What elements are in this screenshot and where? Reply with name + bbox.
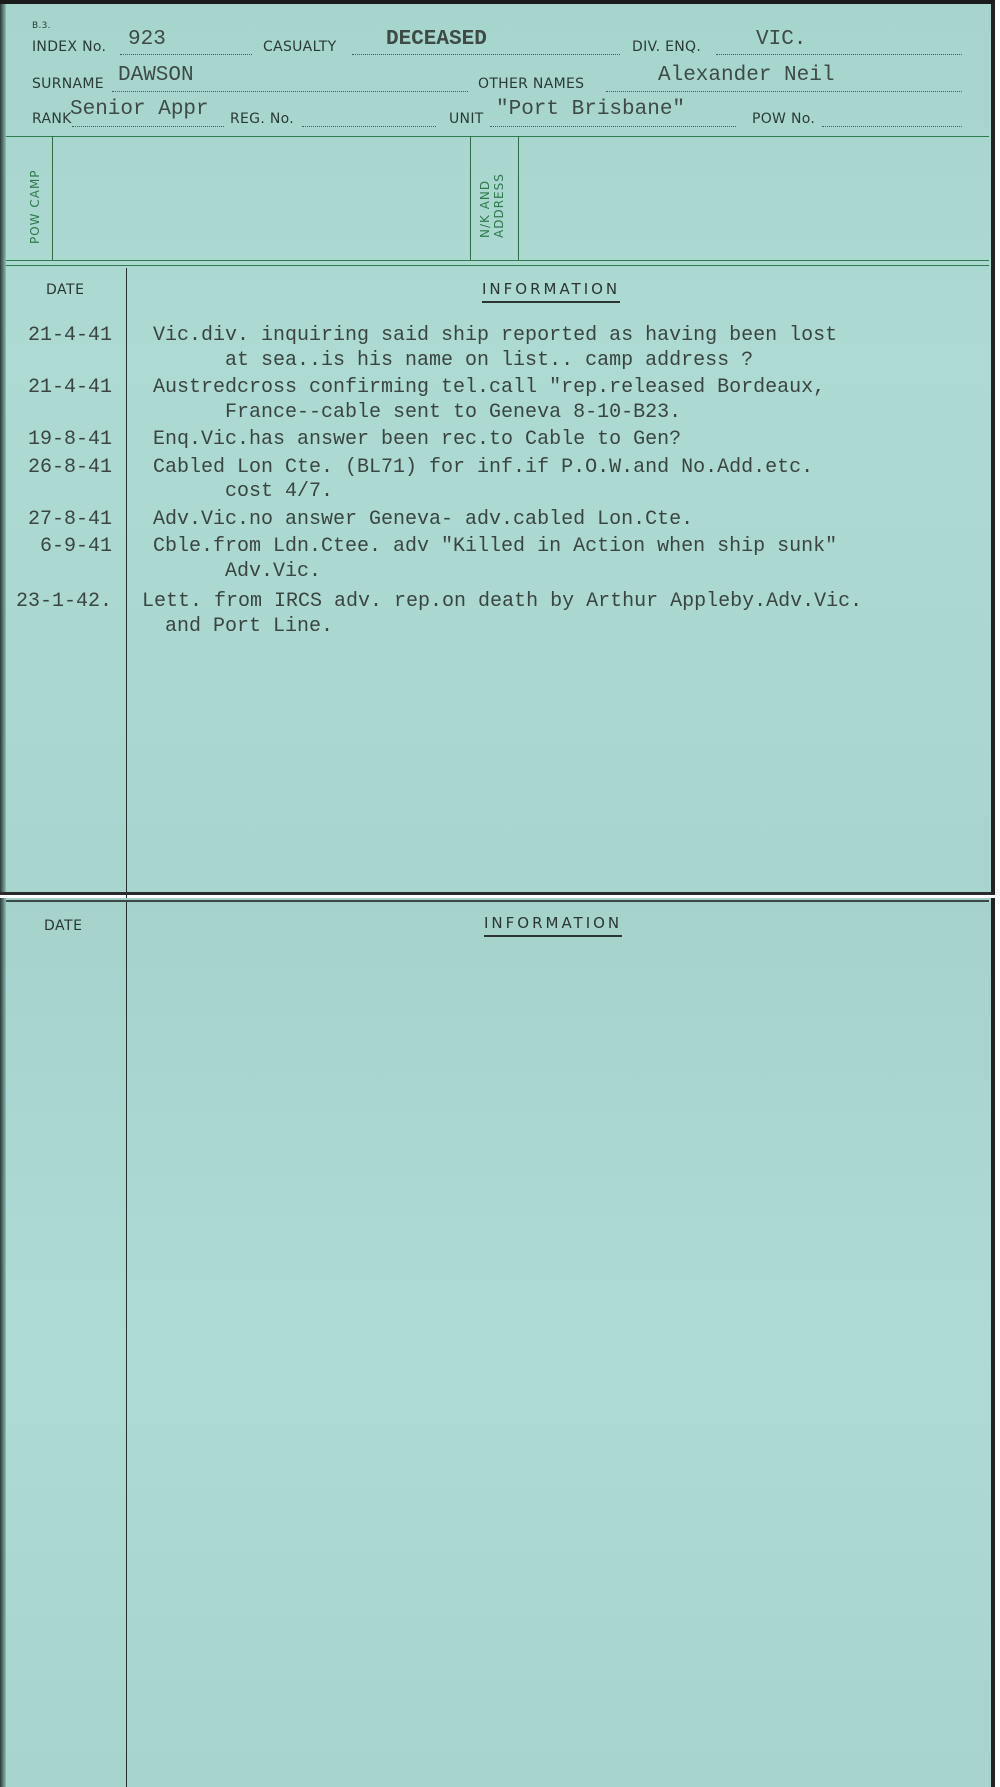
casualty-label: CASUALTY (263, 39, 336, 55)
entry-text: Adv.Vic.no answer Geneva- adv.cabled Lon… (153, 508, 693, 532)
index-card-front: B.3. INDEX No. 923 CASUALTY DECEASED DIV… (0, 0, 995, 895)
rule-double-2 (6, 265, 989, 266)
pow-no-label: POW No. (752, 111, 815, 127)
entry-date: 6-9-41 (0, 535, 112, 558)
other-names-label: OTHER NAMES (478, 76, 584, 92)
divider-nk-right (518, 136, 519, 260)
index-value: 923 (128, 28, 166, 51)
card-edge (0, 898, 6, 1787)
entry-text: Vic.div. inquiring said ship reported as… (153, 324, 837, 348)
entry-date: 21-4-41 (0, 376, 112, 399)
divider-nk-left (470, 136, 471, 260)
unit-line (490, 126, 736, 127)
entry-date: 21-4-41 (0, 324, 112, 347)
nk-label-line2: ADDRESS (492, 173, 506, 238)
rank-line (72, 126, 224, 127)
rank-label: RANK (32, 111, 72, 127)
rank-value: Senior Appr (70, 98, 209, 121)
back-date-column-divider (126, 902, 127, 1787)
entry-text: Lett. from IRCS adv. rep.on death by Art… (142, 590, 862, 614)
other-names-value: Alexander Neil (658, 64, 834, 87)
back-information-header: INFORMATION (484, 914, 622, 937)
rule-double-1 (6, 260, 989, 261)
entry-text: Enq.Vic.has answer been rec.to Cable to … (153, 428, 681, 452)
reg-no-label: REG. No. (230, 111, 294, 127)
unit-value: "Port Brisbane" (496, 98, 685, 121)
entry-text: Cabled Lon Cte. (BL71) for inf.if P.O.W.… (153, 456, 813, 480)
entry-date: 27-8-41 (0, 508, 112, 531)
surname-label: SURNAME (32, 76, 104, 92)
surname-line (112, 91, 468, 92)
date-header: DATE (46, 282, 84, 298)
reg-no-line (302, 126, 436, 127)
nk-address-label: N/K AND ADDRESS (478, 173, 506, 238)
div-enq-line (716, 54, 962, 55)
nk-label-line1: N/K AND (478, 173, 492, 238)
entry-date: 19-8-41 (0, 428, 112, 451)
unit-label: UNIT (449, 111, 484, 127)
index-line (120, 54, 252, 55)
entry-text: cost 4/7. (153, 480, 333, 504)
back-date-header: DATE (44, 918, 82, 934)
entry-text: at sea..is his name on list.. camp addre… (153, 349, 753, 373)
entry-text: Austredcross confirming tel.call "rep.re… (153, 376, 825, 400)
form-code: B.3. (32, 21, 51, 31)
div-enq-label: DIV. ENQ. (632, 39, 701, 55)
entry-date: 26-8-41 (0, 456, 112, 479)
information-header: INFORMATION (482, 280, 620, 303)
div-enq-value: VIC. (756, 28, 806, 51)
entry-date: 23-1-42. (0, 590, 112, 613)
surname-value: DAWSON (118, 64, 194, 87)
casualty-value: DECEASED (386, 28, 487, 51)
divider-pow-camp (52, 136, 53, 260)
date-column-divider (126, 268, 127, 898)
casualty-line (352, 54, 620, 55)
entry-text: Adv.Vic. (153, 560, 321, 584)
pow-camp-label: POW CAMP (28, 169, 42, 244)
entry-text: Cble.from Ldn.Ctee. adv "Killed in Actio… (153, 535, 837, 559)
entry-text: and Port Line. (153, 615, 333, 639)
back-top-rule (6, 900, 989, 902)
other-names-line (606, 91, 962, 92)
index-label: INDEX No. (32, 39, 106, 55)
index-card-back: DATE INFORMATION (0, 898, 995, 1787)
entry-text: France--cable sent to Geneva 8-10-B23. (153, 401, 681, 425)
pow-no-line (822, 126, 962, 127)
rule-top-block (6, 136, 989, 137)
